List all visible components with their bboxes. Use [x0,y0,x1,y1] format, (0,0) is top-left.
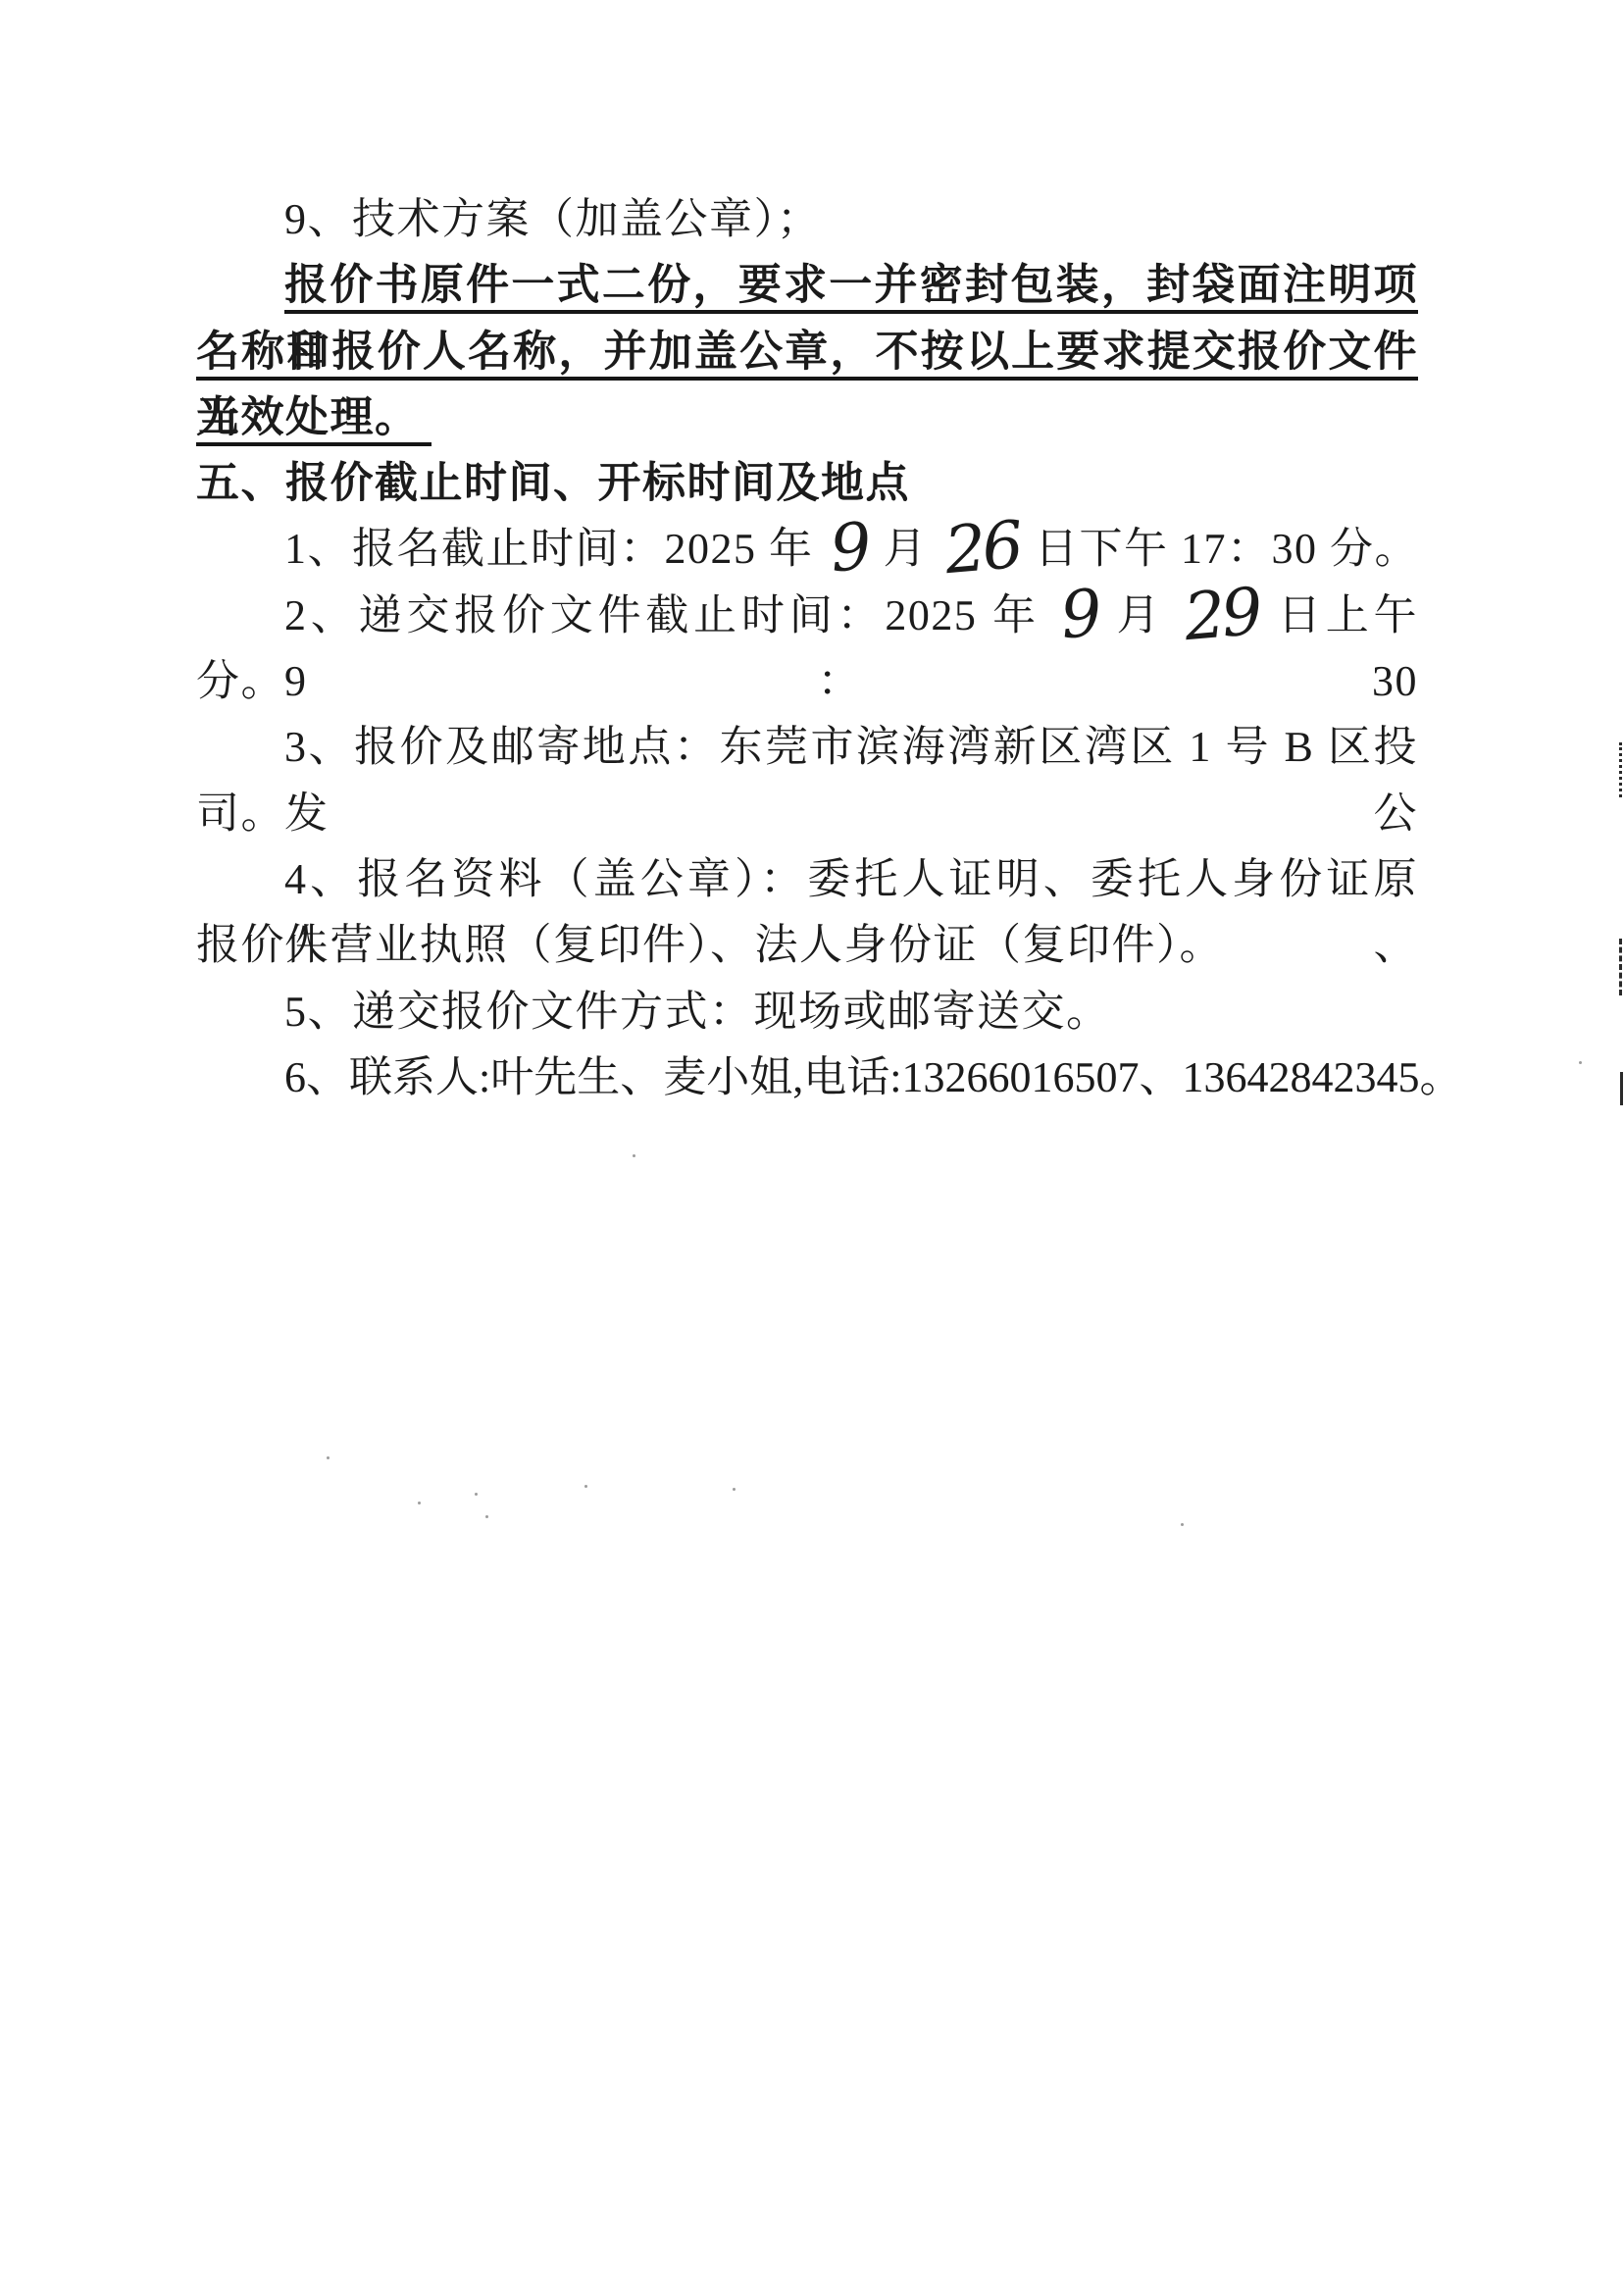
item-6-contacts: 6、联系人:叶先生、麦小姐,电话:13266016507、13642842345… [196,1045,1418,1110]
item-1-registration-deadline: 1、报名截止时间：2025 年 9 月 26 日下午 17：30 分。 [196,516,1418,582]
scanned-page: 9、技术方案（加盖公章）；报价书原件一式二份，要求一并密封包装，封袋面注明项目名… [0,0,1624,2293]
text-run: 月 [871,525,940,573]
item-9-technical-plan: 9、技术方案（加盖公章）； [196,186,1418,252]
scan-edge-mark [1619,939,1622,995]
item-3-mailing-address-line-2: 司。 [196,781,1418,846]
document-body: 9、技术方案（加盖公章）；报价书原件一式二份，要求一并密封包装，封袋面注明项目名… [196,186,1418,1110]
item-3-mailing-address-line-1: 3、报价及邮寄地点：东莞市滨海湾新区湾区 1 号 B 区投发公 [196,714,1418,780]
section-5-heading: 五、报价截止时间、开标时间及地点 [196,450,1418,516]
text-run: 报价人营业执照（复印件）、法人身份证（复印件）。 [196,921,1224,969]
scan-edge-mark [1619,742,1622,797]
text-run: 9、技术方案（加盖公章）； [284,195,822,243]
handwritten-date-digit: 29 [1181,611,1263,618]
text-run: 6、联系人:叶先生、麦小姐,电话:13266016507、13642842345… [284,1053,1462,1101]
item-5-delivery-method: 5、递交报价文件方式：现场或邮寄送交。 [196,979,1418,1045]
text-run: 日下午 17：30 分。 [1022,525,1419,573]
text-run: 司。 [196,790,285,838]
scan-speck [733,1488,736,1491]
item-4-registration-materials-line-2: 报价人营业执照（复印件）、法人身份证（复印件）。 [196,912,1418,978]
scan-speck [327,1456,330,1459]
sealing-requirement-line-3: 无效处理。 [196,384,1418,450]
item-2-submission-deadline-line-1: 2、递交报价文件截止时间：2025 年 9 月 29 日上午 9：30 [196,583,1418,648]
text-run: 五、报价截止时间、开标时间及地点 [196,459,910,507]
scan-edge-mark [1620,1072,1623,1105]
sealing-requirement-line-1: 报价书原件一式二份，要求一并密封包装，封袋面注明项目 [196,252,1418,318]
scan-speck [475,1493,478,1496]
handwritten-date-digit: 9 [827,546,872,550]
text-run: 月 [1101,591,1180,639]
text-run: 1、报名截止时间：2025 年 [284,525,826,573]
text-run: 无效处理。 [196,393,431,441]
handwritten-date-digit: 9 [1056,613,1101,617]
text-run: 分。 [196,657,285,705]
scan-speck [485,1515,488,1518]
sealing-requirement-line-2: 名称和报价人名称，并加盖公章，不按以上要求提交报价文件当 [196,319,1418,384]
scan-speck [633,1154,635,1157]
text-run: 5、递交报价文件方式：现场或邮寄送交。 [284,988,1111,1036]
scan-speck [584,1485,587,1488]
scan-speck [1181,1523,1184,1526]
scan-speck [418,1502,421,1504]
handwritten-date-digit: 26 [940,545,1023,552]
item-4-registration-materials-line-1: 4、报名资料（盖公章）：委托人证明、委托人身份证原件、 [196,846,1418,912]
item-2-submission-deadline-line-2: 分。 [196,648,1418,714]
text-run: 2、递交报价文件截止时间：2025 年 [284,591,1056,639]
scan-speck [1579,1061,1582,1064]
